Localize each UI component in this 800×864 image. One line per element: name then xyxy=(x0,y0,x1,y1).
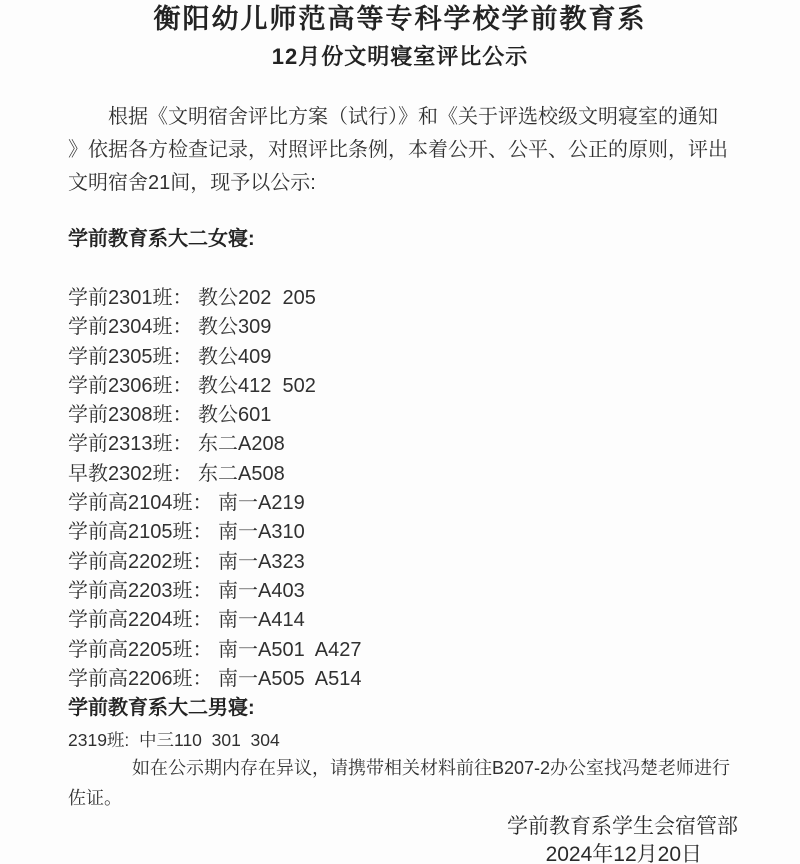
dorm-list-item: 学前2301班： 教公202 205 xyxy=(68,284,760,313)
dorm-list-item: 学前2306班： 教公412 502 xyxy=(68,372,760,401)
date: 2024年12月20日 xyxy=(0,841,738,864)
page-title: 衡阳幼儿师范高等专科学校学前教育系 xyxy=(0,0,800,36)
section-heading-male-dorms: 学前教育系大二男寝: xyxy=(68,694,760,723)
dorm-list-item: 学前高2105班： 南一A310 xyxy=(68,518,760,547)
dorm-list-item: 早教2302班： 东二A508 xyxy=(68,460,760,489)
intro-line: 根据《文明宿舍评比方案（试行）》和《关于评选校级文明寝室的通知 xyxy=(68,101,742,134)
dorm-list-item: 学前高2206班： 南一A505 A514 xyxy=(68,665,760,694)
dorm-list-item: 学前高2104班： 南一A219 xyxy=(68,489,760,518)
signature: 学前教育系学生会宿管部 xyxy=(0,813,738,841)
intro-paragraph: 根据《文明宿舍评比方案（试行）》和《关于评选校级文明寝室的通知 》依据各方检查记… xyxy=(68,101,742,200)
dorm-list-item: 学前高2205班： 南一A501 A427 xyxy=(68,636,760,665)
page-subtitle: 12月份文明寝室评比公示 xyxy=(0,43,800,71)
dorm-list-item: 2319班: 中三110 301 304 xyxy=(68,728,760,753)
dorm-list-item: 学前2313班： 东二A208 xyxy=(68,430,760,459)
dorm-list-item: 学前高2202班： 南一A323 xyxy=(68,548,760,577)
intro-line: 》依据各方检查记录，对照评比条例，本着公开、公平、公正的原则，评出 xyxy=(68,134,742,167)
dorm-list-item: 学前2308班： 教公601 xyxy=(68,401,760,430)
female-dorm-list: 学前2301班： 教公202 205 学前2304班： 教公309 学前2305… xyxy=(68,284,760,723)
dorm-list-item: 学前2304班： 教公309 xyxy=(68,313,760,342)
dorm-list-item: 学前高2204班： 南一A414 xyxy=(68,606,760,635)
dorm-list-item: 学前高2203班： 南一A403 xyxy=(68,577,760,606)
dorm-list-item: 学前2305班： 教公409 xyxy=(68,343,760,372)
intro-line: 文明宿舍21间，现予以公示: xyxy=(68,167,742,200)
signature-block: 学前教育系学生会宿管部 2024年12月20日 xyxy=(0,813,800,864)
closing-paragraph: 如在公示期内存在异议，请携带相关材料前往B207-2办公室找冯楚老师进行佐证。 xyxy=(68,753,744,813)
section-heading-female-dorms: 学前教育系大二女寝: xyxy=(68,226,800,252)
announcement-page: 衡阳幼儿师范高等专科学校学前教育系 12月份文明寝室评比公示 根据《文明宿舍评比… xyxy=(0,0,800,864)
